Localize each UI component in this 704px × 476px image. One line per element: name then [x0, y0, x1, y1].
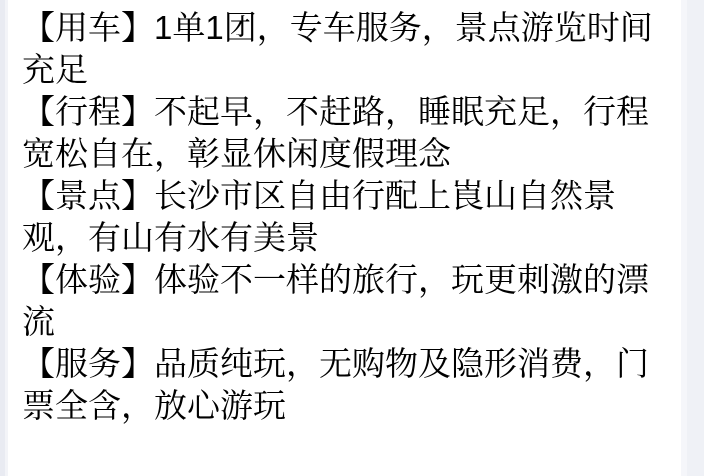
- left-gutter: [0, 0, 8, 476]
- text-line: 【体验】体验不一样的旅行，玩更刺激的漂: [22, 259, 681, 301]
- text-line: 票全含，放心游玩: [22, 385, 681, 427]
- text-line: 【景点】长沙市区自由行配上崀山自然景: [22, 175, 681, 217]
- feature-item-experience: 【体验】体验不一样的旅行，玩更刺激的漂 流: [22, 259, 681, 343]
- feature-item-scenic-spots: 【景点】长沙市区自由行配上崀山自然景 观，有山有水有美景: [22, 175, 681, 259]
- tour-highlights-text: 【用车】1单1团，专车服务，景点游览时间 充足 【行程】不起早，不赶路，睡眠充足…: [8, 0, 681, 476]
- text-line: 宽松自在，彰显休闲度假理念: [22, 133, 681, 175]
- text-line: 流: [22, 301, 681, 343]
- right-gutter: [681, 0, 704, 476]
- right-gutter-inner-strip: [681, 0, 687, 476]
- text-line: 【行程】不起早，不赶路，睡眠充足，行程: [22, 91, 681, 133]
- text-line: 【服务】品质纯玩，无购物及隐形消费，门: [22, 343, 681, 385]
- text-line: 【用车】1单1团，专车服务，景点游览时间: [22, 7, 681, 49]
- feature-item-itinerary: 【行程】不起早，不赶路，睡眠充足，行程 宽松自在，彰显休闲度假理念: [22, 91, 681, 175]
- feature-item-service: 【服务】品质纯玩，无购物及隐形消费，门 票全含，放心游玩: [22, 343, 681, 427]
- text-line: 充足: [22, 49, 681, 91]
- text-line: 观，有山有水有美景: [22, 217, 681, 259]
- feature-item-vehicle: 【用车】1单1团，专车服务，景点游览时间 充足: [22, 7, 681, 91]
